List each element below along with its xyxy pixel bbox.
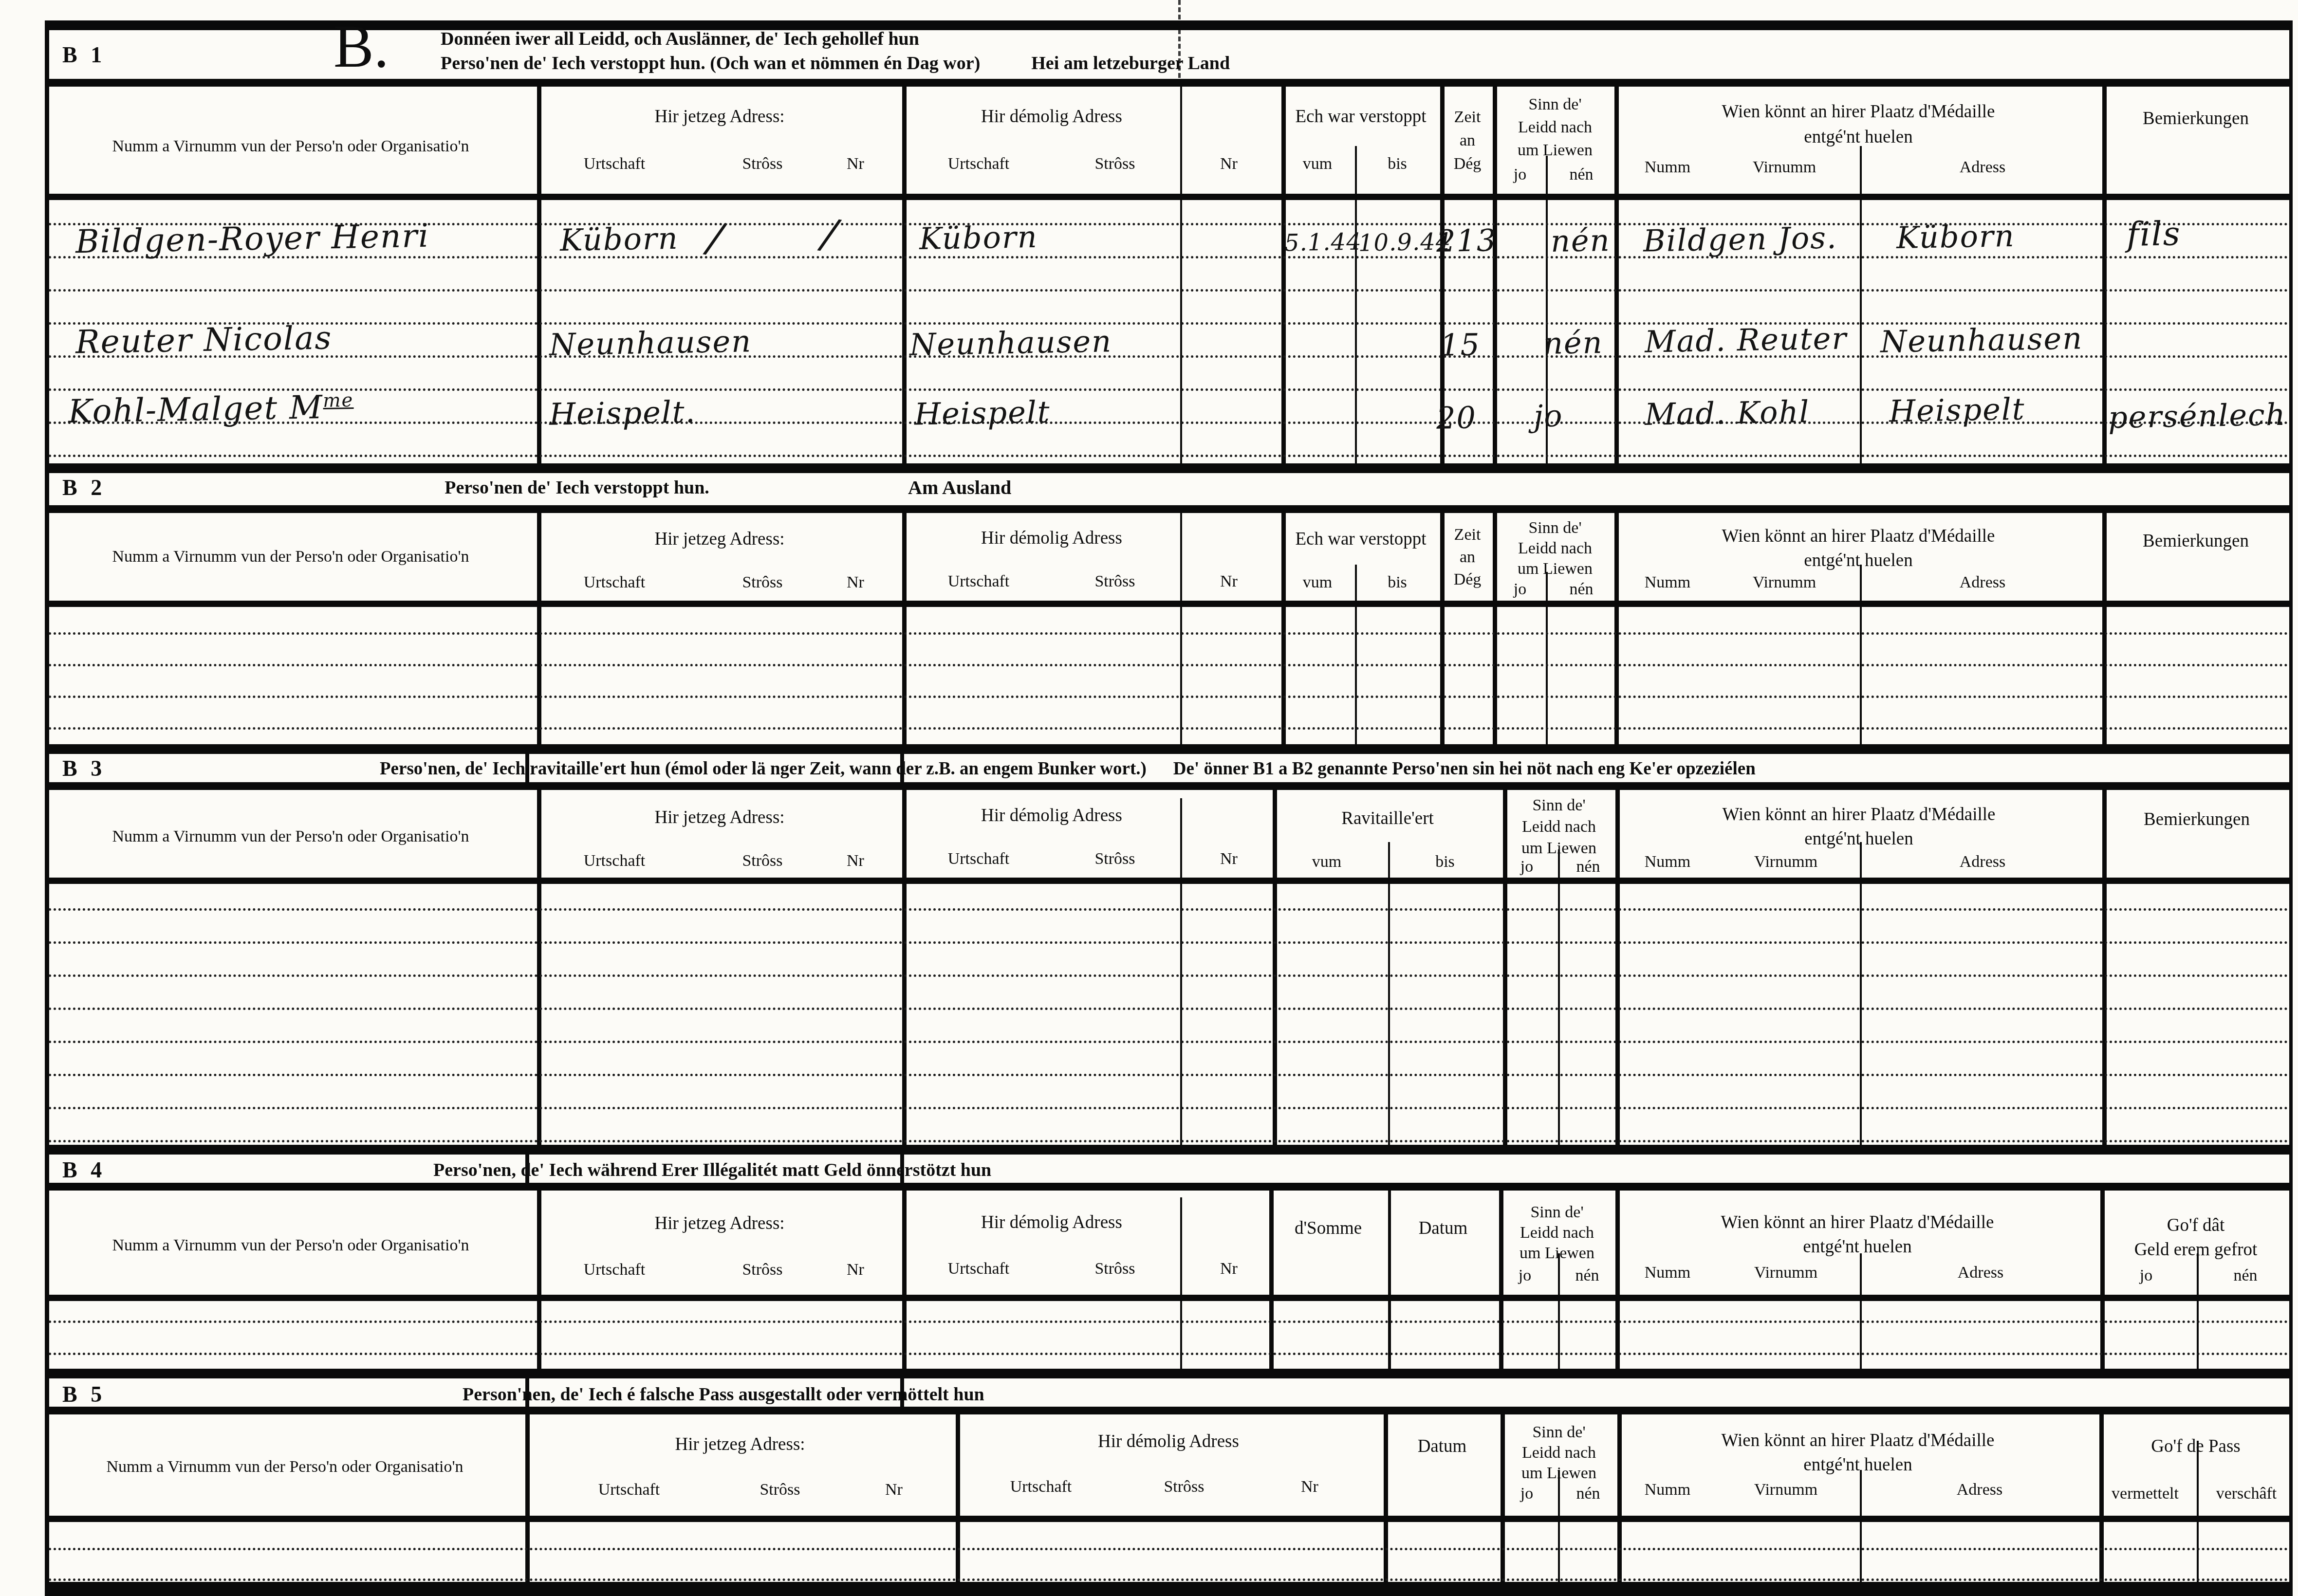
col-stross: Strôss (742, 155, 782, 173)
vline (1355, 565, 1357, 744)
vline (1614, 79, 1619, 463)
entry-jetzeg-urtschaft: Küborn (559, 220, 679, 258)
dotted-row-line (49, 941, 2289, 944)
col-wien-1: Wien könnt an hirer Plaatz d'Médaille (1721, 1212, 1994, 1233)
vline-frame-right (2289, 20, 2293, 1596)
col-virnumm: Virnumm (1754, 853, 1817, 871)
entry-medaille-adress: Heispelt (1889, 391, 2025, 429)
col-wien-1: Wien könnt an hirer Plaatz d'Médaille (1721, 1430, 1994, 1451)
col-name: Numm a Virnumm vun der Perso'n oder Orga… (112, 548, 469, 566)
col-verschaft: verschâft (2216, 1485, 2277, 1503)
col-stross: Strôss (742, 1261, 782, 1279)
hline (45, 1516, 2293, 1522)
col-virnumm: Virnumm (1753, 158, 1816, 177)
vline (902, 505, 907, 744)
entry-name-sup: me (323, 389, 354, 412)
form-title-line2-text: Perso'nen de' Iech verstoppt hun. (Och w… (441, 53, 980, 74)
entry-demolig-urtschaft: Küborn (919, 219, 1038, 257)
col-sinn-1: Sinn de' (1532, 1423, 1585, 1442)
entry-jetzeg-urtschaft: Heispelt. (549, 394, 696, 432)
col-urtschaft: Urtschaft (584, 852, 646, 870)
col-name: Numm a Virnumm vun der Perso'n oder Orga… (112, 827, 469, 846)
vline (1503, 790, 1507, 1145)
entry-demolig-urtschaft: Heispelt (914, 394, 1051, 432)
col-datum: Datum (1419, 1218, 1468, 1239)
col-zeit-1: Zeit (1454, 108, 1481, 127)
col-nen: nén (1576, 858, 1600, 876)
col-sinn-3: um Liewen (1518, 141, 1593, 160)
col-urtschaft: Urtschaft (584, 573, 646, 592)
col-wien-2: entgé'nt huelen (1804, 550, 1912, 571)
col-jo: jo (1520, 858, 1533, 876)
col-adress: Adress (1960, 573, 2005, 592)
col-adress: Adress (1960, 853, 2005, 871)
col-demolig: Hir démolig Adress (981, 528, 1122, 549)
entry-medaille-adress: Neunhausen (1880, 320, 2083, 359)
section-title-b2: Perso'nen de' Iech verstoppt hun. (445, 477, 709, 498)
section-title-b3-part2: De' önner B1 a B2 genannte Perso'nen sin… (1173, 758, 1756, 779)
col-stross: Strôss (742, 852, 782, 870)
col-vum: vum (1303, 155, 1332, 173)
vline (1617, 1414, 1622, 1582)
col-urtschaft: Urtschaft (948, 1260, 1010, 1278)
col-nr: Nr (1301, 1478, 1318, 1496)
entry-name: Bildgen-Royer Henri (75, 217, 429, 261)
col-nr: Nr (885, 1481, 903, 1499)
hline (45, 1145, 2293, 1155)
col-jetzeg: Hir jetzeg Adress: (654, 807, 784, 828)
col-wien-1: Wien könnt an hirer Plaatz d'Médaille (1722, 804, 1995, 825)
section-id-b4: B 4 (62, 1157, 106, 1183)
entry-demolig-urtschaft: Neunhausen (909, 323, 1112, 362)
vline (2102, 505, 2107, 744)
vline (1860, 565, 1862, 744)
vline (1273, 790, 1277, 1145)
col-nr: Nr (1220, 850, 1238, 868)
col-nr: Nr (1220, 572, 1238, 591)
col-verstoppt: Ech war verstoppt (1295, 529, 1426, 550)
vline (902, 79, 907, 463)
col-jetzeg: Hir jetzeg Adress: (654, 106, 784, 127)
hline (45, 463, 2293, 473)
col-zeit-1: Zeit (1454, 526, 1481, 544)
col-jo: jo (2140, 1266, 2152, 1285)
entry-name: Kohl-Malget Mme (68, 388, 354, 430)
col-wien-1: Wien könnt an hirer Plaatz d'Médaille (1722, 526, 1995, 547)
vline (1860, 842, 1862, 1145)
vline (1384, 1414, 1388, 1582)
form-letter: B. (334, 17, 389, 77)
col-sinn-1: Sinn de' (1528, 519, 1581, 537)
vline (1493, 79, 1497, 463)
col-urtschaft: Urtschaft (584, 1261, 646, 1279)
vline (2102, 790, 2107, 1145)
col-sinn-2: Leidd nach (1520, 1224, 1594, 1242)
dotted-row-line (49, 908, 2289, 911)
entry-jetzeg-nr: / (819, 209, 841, 258)
col-sinn-1: Sinn de' (1532, 796, 1585, 815)
vline (537, 505, 541, 744)
vline (1269, 1191, 1274, 1369)
col-vum: vum (1303, 573, 1332, 592)
col-dsomme: d'Somme (1295, 1218, 1362, 1239)
col-nr: Nr (847, 1261, 864, 1279)
col-adress: Adress (1957, 1481, 2002, 1499)
hline (45, 744, 2293, 754)
col-wien-2: entgé'nt huelen (1804, 127, 1912, 147)
col-urtschaft: Urtschaft (948, 572, 1010, 591)
col-nr: Nr (847, 573, 864, 592)
col-gof-pass: Go'f de Pass (2151, 1436, 2240, 1457)
entry-bemierkung: fils (2126, 215, 2181, 254)
vline (1860, 146, 1862, 463)
col-nen: nén (1569, 580, 1593, 599)
dotted-row-line (49, 1008, 2289, 1010)
col-sinn-3: um Liewen (1521, 1464, 1596, 1483)
col-nen: nén (1569, 165, 1593, 184)
col-demolig: Hir démolig Adress (981, 1212, 1122, 1233)
col-sinn-2: Leidd nach (1518, 118, 1592, 137)
dotted-row-line (49, 1548, 2289, 1550)
vline (1180, 87, 1182, 463)
section-id-b3: B 3 (62, 755, 106, 781)
col-numm: Numm (1645, 1481, 1690, 1499)
dotted-row-line (49, 388, 2289, 391)
col-demolig: Hir démolig Adress (1098, 1431, 1239, 1452)
col-urtschaft: Urtschaft (584, 155, 646, 173)
scanned-form-sheet: B 1 B. Donnéen iwer all Leidd, och Auslä… (0, 0, 2298, 1596)
entry-zeit: 20 (1436, 400, 1477, 436)
dotted-row-line (49, 1578, 2289, 1581)
hline (45, 79, 2293, 87)
col-vermettelt: vermettelt (2112, 1485, 2179, 1503)
entry-nen: nén (1550, 222, 1611, 259)
vline (1860, 1253, 1862, 1369)
col-name: Numm a Virnumm vun der Perso'n oder Orga… (112, 1236, 469, 1255)
col-ravitailleert: Ravitaille'ert (1341, 808, 1434, 829)
col-stross: Strôss (1094, 1260, 1135, 1278)
col-demolig: Hir démolig Adress (981, 805, 1122, 826)
col-sinn-3: um Liewen (1518, 560, 1593, 578)
entry-vum: 5.1.44 (1284, 228, 1362, 257)
dotted-row-line (49, 256, 2289, 258)
col-urtschaft: Urtschaft (598, 1481, 660, 1499)
section-id-b2: B 2 (62, 475, 106, 500)
form-title-line2-bold: Hei am letzeburger Land (1031, 53, 1230, 74)
section-title-b5: Person'nen, de' Iech é falsche Pass ausg… (463, 1384, 984, 1405)
hline (45, 1582, 2293, 1596)
dotted-row-line (49, 1107, 2289, 1109)
vline (537, 1191, 541, 1369)
col-wien-2: entgé'nt huelen (1804, 828, 1913, 849)
section-id-b5: B 5 (62, 1381, 106, 1407)
vline (1499, 1191, 1503, 1369)
vline (1614, 505, 1619, 744)
col-zeit-3: Dég (1454, 570, 1482, 589)
vline (1558, 849, 1560, 1145)
col-jo: jo (1519, 1266, 1531, 1285)
col-nr: Nr (1220, 155, 1238, 173)
col-urtschaft: Urtschaft (948, 850, 1010, 868)
vline (537, 790, 541, 1145)
hline (45, 1183, 2293, 1191)
vline (2099, 1414, 2104, 1582)
vline (1180, 513, 1182, 744)
col-sinn-2: Leidd nach (1518, 539, 1592, 558)
hline (45, 1369, 2293, 1378)
col-virnumm: Virnumm (1754, 1264, 1817, 1282)
vline (1615, 790, 1620, 1145)
col-demolig: Hir démolig Adress (981, 106, 1122, 127)
dotted-row-line (49, 455, 2289, 457)
col-stross: Strôss (1094, 155, 1135, 173)
dotted-row-line (49, 289, 2289, 292)
entry-medaille-numm: Bildgen Jos. (1643, 220, 1837, 259)
dotted-row-line (49, 1140, 2289, 1142)
section-title-b3-part1: Perso'nen, de' Iech ravitaille'ert hun (… (380, 758, 1147, 779)
col-numm: Numm (1645, 158, 1690, 177)
vline (537, 79, 541, 463)
entry-jo: jo (1533, 398, 1563, 434)
col-adress: Adress (1958, 1264, 2003, 1282)
col-jo: jo (1514, 580, 1526, 599)
entry-name-main: Kohl-Malget M (68, 388, 323, 430)
col-zeit-3: Dég (1454, 155, 1482, 173)
vline (1180, 798, 1182, 1145)
col-nen: nén (1576, 1485, 1600, 1503)
section-title-b3: Perso'nen, de' Iech ravitaille'ert hun (… (380, 758, 1756, 779)
col-numm: Numm (1645, 1264, 1690, 1282)
vline (902, 1191, 907, 1369)
entry-nen: nén (1543, 325, 1603, 361)
dotted-row-line (49, 974, 2289, 977)
vline (1558, 1470, 1560, 1582)
vline (1355, 146, 1357, 463)
vline (525, 1414, 530, 1582)
col-wien-1: Wien könnt an hirer Plaatz d'Médaille (1722, 101, 1995, 122)
col-jo: jo (1520, 1485, 1533, 1503)
col-nen: nén (1575, 1266, 1599, 1285)
entry-zeit: 15 (1440, 327, 1481, 363)
hline (45, 1295, 2293, 1301)
vline (1281, 505, 1286, 744)
form-title-line1: Donnéen iwer all Leidd, och Auslänner, d… (441, 28, 919, 50)
col-stross: Strôss (1094, 850, 1135, 868)
col-virnumm: Virnumm (1754, 1481, 1817, 1499)
col-wien-2: entgé'nt huelen (1803, 1454, 1912, 1475)
col-nen: nén (2233, 1266, 2257, 1285)
col-jetzeg: Hir jetzeg Adress: (654, 529, 784, 550)
dotted-row-line (49, 727, 2289, 730)
col-vum: vum (1312, 853, 1341, 871)
col-zeit-2: an (1460, 548, 1475, 567)
section-subtitle-b2: Am Ausland (908, 476, 1011, 499)
vline (1501, 1414, 1505, 1582)
vline (1615, 1191, 1620, 1369)
dotted-row-line (49, 696, 2289, 698)
hline (45, 601, 2293, 607)
hline (45, 194, 2293, 200)
vline (1180, 1197, 1182, 1369)
col-sinn-1: Sinn de' (1528, 95, 1581, 114)
col-bemierkungen: Bemierkungen (2143, 531, 2249, 551)
col-bis: bis (1388, 155, 1407, 173)
dotted-row-line (49, 1353, 2289, 1355)
col-bis: bis (1435, 853, 1455, 871)
vline (1440, 505, 1445, 744)
vline (2197, 1253, 2199, 1369)
col-jo: jo (1514, 165, 1526, 184)
col-stross: Strôss (760, 1481, 800, 1499)
dotted-row-line (49, 632, 2289, 635)
col-stross: Strôss (742, 573, 782, 592)
entry-medaille-numm: Mad. Kohl (1644, 394, 1810, 432)
vline (2102, 79, 2107, 463)
form-title-line2: Perso'nen de' Iech verstoppt hun. (Och w… (441, 53, 1230, 74)
col-jetzeg: Hir jetzeg Adress: (654, 1213, 784, 1234)
entry-jetzeg-urtschaft: Neunhausen (549, 323, 752, 362)
col-adress: Adress (1960, 158, 2005, 177)
dotted-row-line (49, 1321, 2289, 1323)
col-bemierkungen: Bemierkungen (2143, 108, 2249, 129)
col-nr: Nr (847, 852, 864, 870)
vline (1493, 505, 1497, 744)
col-name: Numm a Virnumm vun der Perso'n oder Orga… (106, 1458, 463, 1476)
col-numm: Numm (1645, 853, 1690, 871)
col-sinn-3: um Liewen (1520, 1244, 1594, 1263)
dotted-row-line (49, 1074, 2289, 1076)
col-bis: bis (1388, 573, 1407, 592)
vline (1388, 842, 1390, 1145)
hline (45, 782, 2293, 790)
col-virnumm: Virnumm (1753, 573, 1816, 592)
entry-jetzeg-stross: / (705, 213, 726, 262)
section-title-b4: Perso'nen, de' Iech während Erer Illégal… (433, 1159, 991, 1181)
entry-zeit: 213 (1436, 222, 1497, 259)
col-sinn-2: Leidd nach (1522, 1444, 1596, 1462)
hline (45, 878, 2293, 884)
vline (1860, 1470, 1862, 1582)
col-urtschaft: Urtschaft (1010, 1478, 1072, 1496)
col-urtschaft: Urtschaft (948, 155, 1010, 173)
col-name: Numm a Virnumm vun der Perso'n oder Orga… (112, 137, 469, 156)
col-gof-dat-2: Geld erem gefrot (2134, 1239, 2258, 1260)
col-wien-2: entgé'nt huelen (1803, 1236, 1911, 1257)
vline (1546, 572, 1548, 744)
dotted-row-line (49, 1041, 2289, 1043)
vline (956, 1414, 960, 1582)
dotted-row-line (49, 664, 2289, 666)
entry-name: Reuter Nicolas (75, 319, 333, 361)
entry-medaille-numm: Mad. Reuter (1644, 320, 1847, 359)
col-bemierkungen: Bemierkungen (2144, 809, 2250, 830)
vline (2100, 1191, 2105, 1369)
col-gof-dat-1: Go'f dât (2167, 1215, 2225, 1236)
vline (1388, 1191, 1391, 1369)
entry-medaille-adress: Küborn (1896, 218, 2015, 256)
col-numm: Numm (1645, 573, 1690, 592)
col-stross: Strôss (1164, 1478, 1204, 1496)
vline (902, 790, 907, 1145)
vline (1558, 1253, 1560, 1369)
vline (1281, 79, 1286, 463)
hline (45, 1407, 2293, 1414)
col-nr: Nr (847, 155, 864, 173)
vline (2197, 1441, 2199, 1582)
entry-bemierkung: persénlech (2108, 397, 2286, 435)
col-stross: Strôss (1094, 572, 1135, 591)
col-jetzeg: Hir jetzeg Adress: (675, 1434, 805, 1455)
col-zeit-2: an (1460, 131, 1475, 150)
col-datum: Datum (1418, 1436, 1467, 1457)
section-id-b1: B 1 (62, 42, 106, 68)
col-sinn-2: Leidd nach (1522, 818, 1596, 836)
col-sinn-1: Sinn de' (1530, 1203, 1583, 1222)
hline (45, 505, 2293, 513)
col-verstoppt: Ech war verstoppt (1295, 106, 1426, 127)
col-sinn-3: um Liewen (1521, 839, 1596, 858)
col-nr: Nr (1220, 1260, 1238, 1278)
